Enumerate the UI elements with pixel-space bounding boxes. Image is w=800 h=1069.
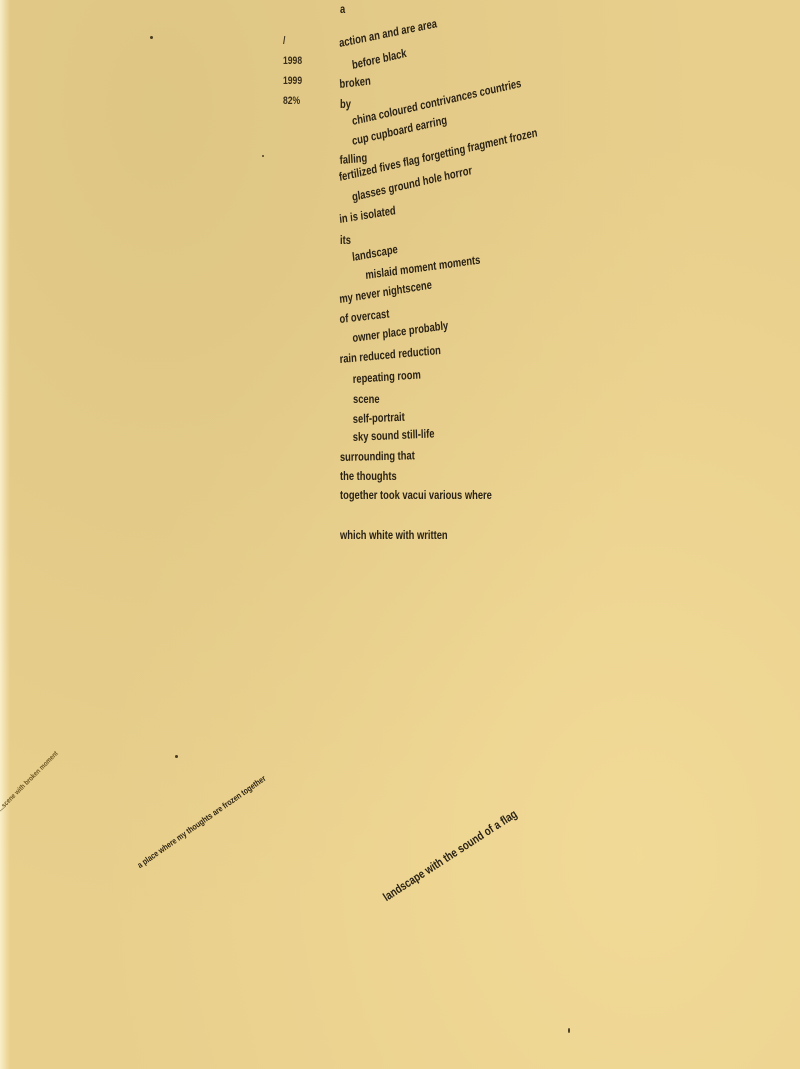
title-sound-of-flag: landscape with the sound of a flag	[380, 807, 519, 904]
word-line: which white with written	[340, 528, 448, 542]
word-line: the thoughts	[340, 469, 397, 483]
word-line: scene	[353, 392, 380, 406]
word-line: before black	[351, 46, 407, 72]
paper-speck	[150, 36, 153, 39]
word-line: a	[340, 2, 345, 16]
word-line: my never nightscene	[339, 278, 433, 306]
title-broken-moment: ...scene with broken moment	[0, 750, 60, 813]
left-column-year-1999: 1999	[283, 75, 302, 87]
left-column-year-1998: 1998	[283, 55, 302, 67]
title-frozen-thoughts: a place where my thoughts are frozen tog…	[135, 773, 267, 870]
word-line: its	[340, 233, 351, 247]
word-line: rain reduced reduction	[339, 343, 441, 366]
left-column-slash: /	[283, 35, 285, 47]
paper-speck	[175, 755, 178, 758]
word-line: surrounding that	[340, 448, 415, 464]
word-line: repeating room	[352, 367, 421, 386]
word-line: by	[340, 97, 351, 111]
word-line: broken	[339, 74, 371, 91]
word-line: action an and are area	[338, 16, 437, 50]
word-line: self-portrait	[353, 410, 405, 426]
word-line: of overcast	[339, 306, 390, 326]
left-column-percent: 82%	[283, 95, 300, 107]
word-line: in is isolated	[339, 203, 397, 226]
word-line: together took vacui various where	[340, 488, 492, 502]
word-line: landscape	[351, 242, 398, 264]
paper-speck	[262, 155, 264, 157]
paper-speck	[568, 1028, 570, 1033]
word-line: sky sound still-life	[353, 426, 435, 444]
